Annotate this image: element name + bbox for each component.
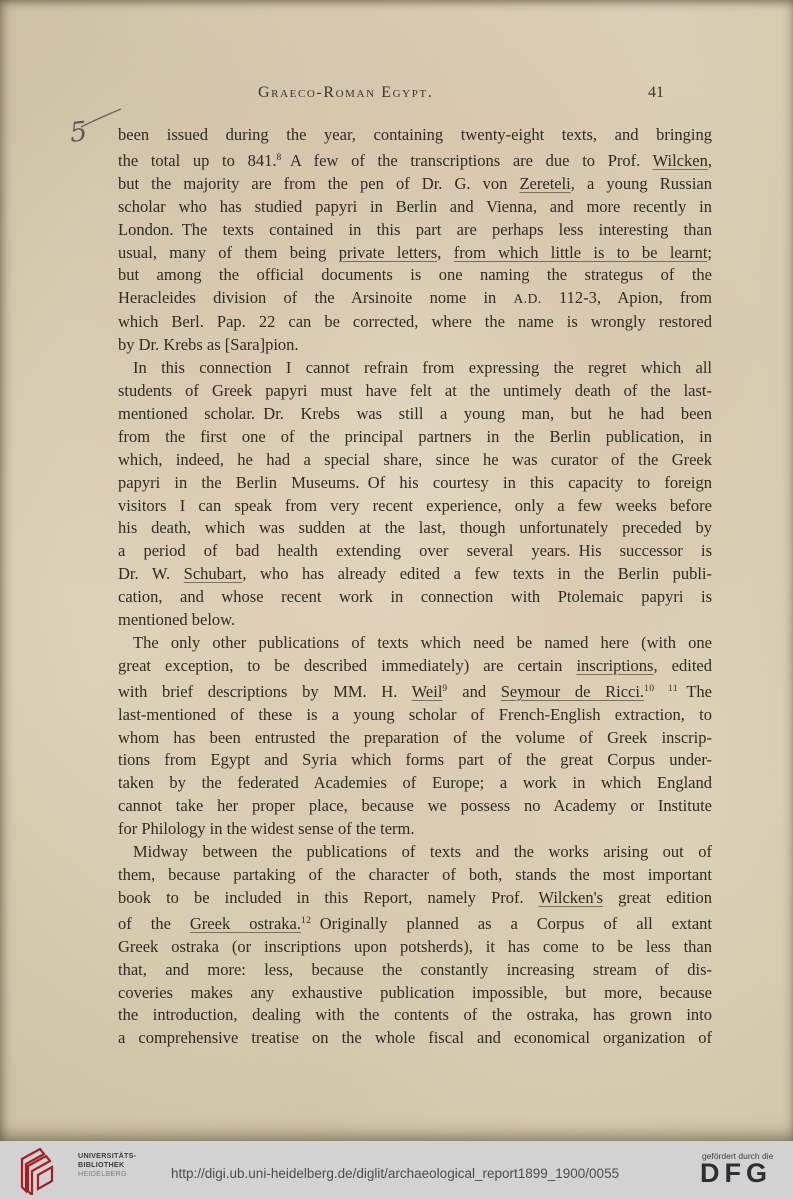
text-line: mentioned below. — [118, 609, 712, 632]
page-number: 41 — [648, 84, 664, 102]
text-segment: scholar who has studied papyri in Berlin… — [118, 197, 712, 216]
text-segment: for Philology in the widest sense of the… — [118, 819, 415, 838]
text-line: a comprehensive treatise on the whole fi… — [118, 1027, 712, 1050]
text-segment: students of Greek papyri must have felt … — [118, 381, 712, 400]
text-line: visitors I can speak from very recent ex… — [118, 495, 712, 518]
text-segment: taken by the federated Academies of Euro… — [118, 773, 712, 792]
pencil-underlined-text: inscriptions — [576, 656, 653, 675]
text-line: students of Greek papyri must have felt … — [118, 380, 712, 403]
text-segment: 112-3, Apion, from — [542, 288, 712, 307]
text-line: whom has been entrusted the preparation … — [118, 727, 712, 750]
paragraph: Midway between the publications of texts… — [118, 841, 712, 1050]
text-line: last-mentioned of these is a young schol… — [118, 704, 712, 727]
text-segment: and — [448, 682, 501, 701]
text-line: that, and more: less, because the consta… — [118, 959, 712, 982]
text-segment: A few of the transcriptions are due to P… — [282, 151, 653, 170]
text-segment: the introduction, dealing with the conte… — [118, 1005, 712, 1024]
scan-footer-bar: UNIVERSITÄTS- BIBLIOTHEK HEIDELBERG http… — [0, 1141, 793, 1199]
text-segment: cannot take her proper place, because we… — [118, 796, 712, 815]
text-segment: mentioned below. — [118, 610, 235, 629]
text-segment: , who has already edited a few texts in … — [242, 564, 712, 583]
ub-heidelberg-logo-icon — [14, 1145, 60, 1195]
text-segment: Originally planned as a Corpus of all ex… — [311, 914, 712, 933]
library-name-line3: HEIDELBERG — [78, 1170, 136, 1179]
text-line: Midway between the publications of texts… — [118, 841, 712, 864]
text-segment: A.D. — [514, 291, 542, 306]
dfg-logo: DFG — [700, 1158, 772, 1189]
text-line: taken by the federated Academies of Euro… — [118, 772, 712, 795]
text-line: the introduction, dealing with the conte… — [118, 1004, 712, 1027]
text-segment: great exception, to be described immedia… — [118, 656, 576, 675]
text-line: but among the official documents is one … — [118, 264, 712, 287]
text-line: Heracleides division of the Arsinoite no… — [118, 287, 712, 311]
text-segment: papyri in the Berlin Museums. Of his cou… — [118, 473, 712, 492]
paragraph: In this connection I cannot refrain from… — [118, 357, 712, 632]
pencil-underlined-text: Wilcken — [653, 151, 708, 170]
text-line: scholar who has studied papyri in Berlin… — [118, 196, 712, 219]
text-segment: visitors I can speak from very recent ex… — [118, 496, 712, 515]
text-line: the total up to 841.8 A few of the trans… — [118, 147, 712, 173]
text-line: with brief descriptions by MM. H. Weil9 … — [118, 678, 712, 704]
text-line: great exception, to be described immedia… — [118, 655, 712, 678]
text-segment: usual, many of them being — [118, 243, 339, 262]
body-text: been issued during the year, containing … — [118, 124, 712, 1050]
text-line: a period of bad health extending over se… — [118, 540, 712, 563]
pencil-underlined-text: Seymour de Ricci. — [501, 682, 644, 701]
text-segment: a period of bad health extending over se… — [118, 541, 712, 560]
text-segment: Heracleides division of the Arsinoite no… — [118, 288, 514, 307]
pencil-underlined-text: from which little is to be learnt — [454, 243, 708, 262]
text-segment: cation, and whose recent work in connect… — [118, 587, 712, 606]
text-line: for Philology in the widest sense of the… — [118, 818, 712, 841]
text-line: In this connection I cannot refrain from… — [118, 357, 712, 380]
scan-source-url: http://digi.ub.uni-heidelberg.de/diglit/… — [171, 1166, 619, 1181]
text-segment: Greek ostraka (or inscriptions upon pots… — [118, 937, 712, 956]
text-line: which, indeed, he had a special share, s… — [118, 449, 712, 472]
text-segment: of the — [118, 914, 190, 933]
footnote-reference: 10 11 — [644, 684, 678, 694]
text-segment: In this connection I cannot refrain from… — [133, 358, 712, 377]
text-segment: the total up to 841. — [118, 151, 276, 170]
footnote-reference: 12 — [301, 916, 312, 926]
text-segment: been issued during the year, containing … — [118, 125, 712, 144]
text-segment: mentioned scholar. Dr. Krebs was still a… — [118, 404, 712, 423]
text-segment: which Berl. Pap. 22 can be corrected, wh… — [118, 312, 712, 331]
library-name: UNIVERSITÄTS- BIBLIOTHEK HEIDELBERG — [78, 1152, 136, 1178]
text-segment: Dr. W. — [118, 564, 184, 583]
text-line: Dr. W. Schubart, who has already edited … — [118, 563, 712, 586]
paragraph: been issued during the year, containing … — [118, 124, 712, 357]
text-line: The only other publications of texts whi… — [118, 632, 712, 655]
text-line: mentioned scholar. Dr. Krebs was still a… — [118, 403, 712, 426]
text-segment: , — [437, 243, 453, 262]
text-segment: a comprehensive treatise on the whole fi… — [118, 1028, 712, 1047]
text-line: book to be included in this Report, name… — [118, 887, 712, 910]
pencil-underlined-text: Zereteli — [519, 174, 570, 193]
text-segment: but among the official documents is one … — [118, 265, 712, 284]
text-line: his death, which was sudden at the last,… — [118, 517, 712, 540]
text-segment: last-mentioned of these is a young schol… — [118, 705, 712, 724]
text-segment: book to be included in this Report, name… — [118, 888, 538, 907]
text-line: of the Greek ostraka.12 Originally plann… — [118, 910, 712, 936]
text-segment: , — [708, 151, 712, 170]
paragraph: The only other publications of texts whi… — [118, 632, 712, 841]
text-segment: with brief descriptions by MM. H. — [118, 682, 412, 701]
text-segment: The only other publications of texts whi… — [133, 633, 712, 652]
text-line: Greek ostraka (or inscriptions upon pots… — [118, 936, 712, 959]
text-line: but the majority are from the pen of Dr.… — [118, 173, 712, 196]
text-segment: which, indeed, he had a special share, s… — [118, 450, 712, 469]
text-line: from the first one of the principal part… — [118, 426, 712, 449]
text-segment: coveries makes any exhaustive publicatio… — [118, 983, 712, 1002]
text-line: cannot take her proper place, because we… — [118, 795, 712, 818]
pencil-underlined-text: Weil — [412, 682, 443, 701]
text-segment: by Dr. Krebs as [Sara]pion. — [118, 335, 299, 354]
text-line: by Dr. Krebs as [Sara]pion. — [118, 334, 712, 357]
text-segment: them, because partaking of the character… — [118, 865, 712, 884]
text-segment: Midway between the publications of texts… — [133, 842, 712, 861]
pencil-underlined-text: private letters — [339, 243, 437, 262]
text-segment: The — [678, 682, 712, 701]
text-line: coveries makes any exhaustive publicatio… — [118, 982, 712, 1005]
text-line: them, because partaking of the character… — [118, 864, 712, 887]
text-segment: his death, which was sudden at the last,… — [118, 518, 712, 537]
text-line: been issued during the year, containing … — [118, 124, 712, 147]
text-segment: ; — [707, 243, 712, 262]
text-segment: great edition — [603, 888, 712, 907]
text-line: tions from Egypt and Syria which forms p… — [118, 749, 712, 772]
handwritten-margin-note: 5 — [68, 116, 88, 149]
text-segment: but the majority are from the pen of Dr.… — [118, 174, 519, 193]
text-segment: from the first one of the principal part… — [118, 427, 712, 446]
pencil-underlined-text: Schubart — [184, 564, 243, 583]
text-line: cation, and whose recent work in connect… — [118, 586, 712, 609]
scanned-page: Graeco-Roman Egypt. 41 5 been issued dur… — [0, 0, 793, 1141]
pencil-underlined-text: Greek ostraka. — [190, 914, 301, 933]
page-title: Graeco-Roman Egypt. — [258, 84, 433, 102]
text-segment: , edited — [653, 656, 712, 675]
text-segment: that, and more: less, because the consta… — [118, 960, 712, 979]
text-segment: tions from Egypt and Syria which forms p… — [118, 750, 712, 769]
text-segment: , a young Russian — [571, 174, 712, 193]
text-line: usual, many of them being private letter… — [118, 242, 712, 265]
text-line: papyri in the Berlin Museums. Of his cou… — [118, 472, 712, 495]
text-segment: London. The texts contained in this part… — [118, 220, 712, 239]
text-segment: whom has been entrusted the preparation … — [118, 728, 712, 747]
text-line: which Berl. Pap. 22 can be corrected, wh… — [118, 311, 712, 334]
pencil-underlined-text: Wilcken's — [538, 888, 603, 907]
text-line: London. The texts contained in this part… — [118, 219, 712, 242]
